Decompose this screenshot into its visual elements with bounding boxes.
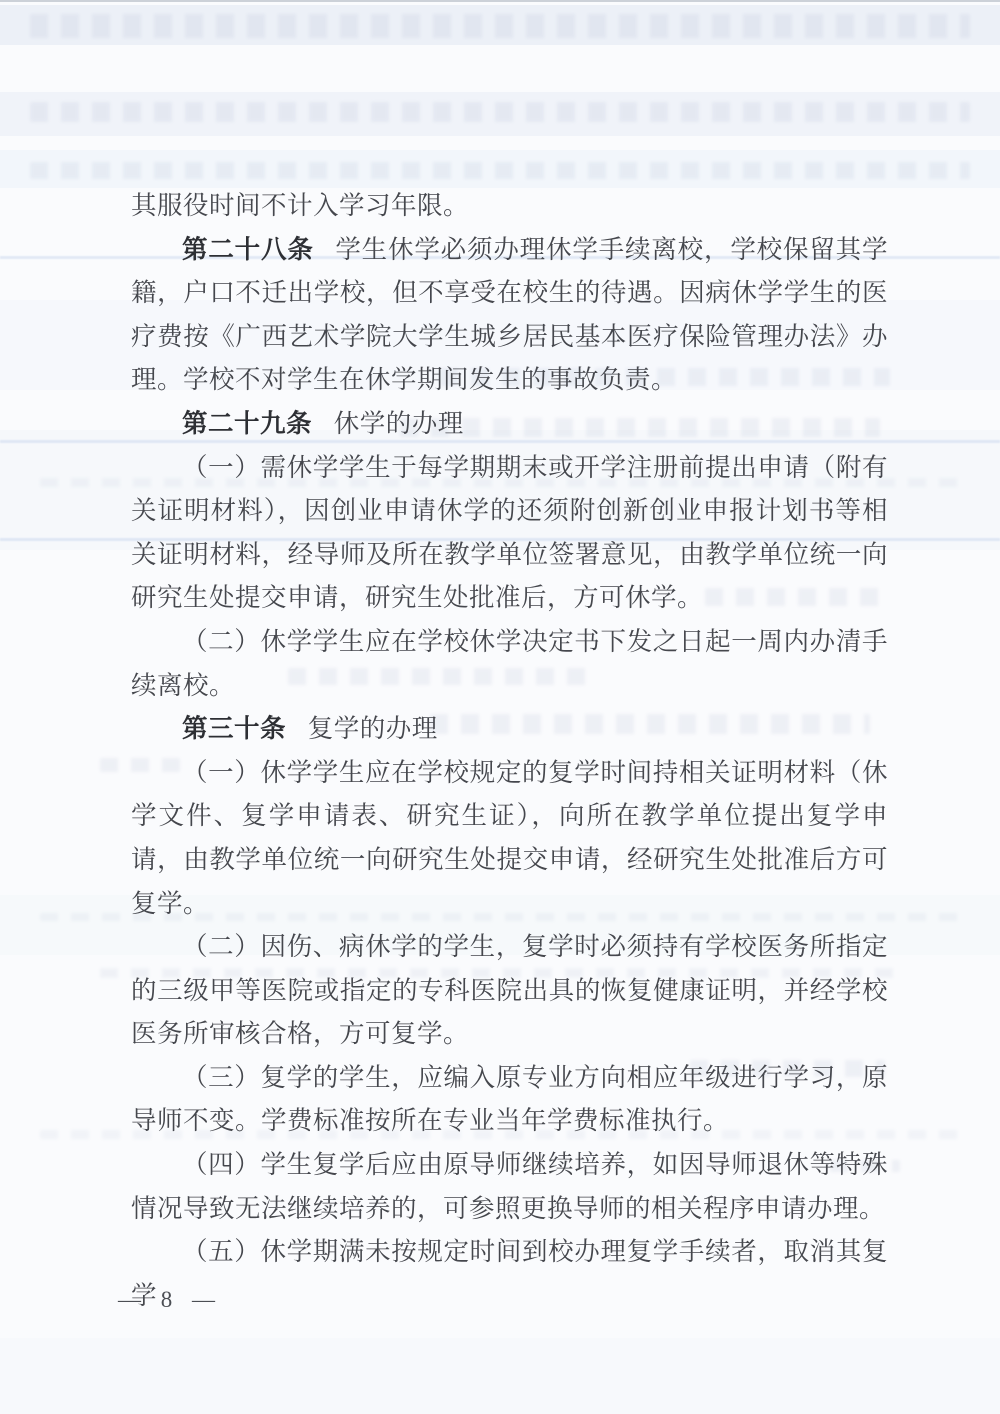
bleed-through-artifact [30, 162, 970, 179]
scan-tint-band [0, 92, 1000, 136]
paragraph-article-30: 第三十条复学的办理 [131, 707, 888, 751]
paragraph-article-29: 第二十九条休学的办理 [131, 402, 888, 446]
paragraph-text: 复学的办理 [308, 714, 438, 743]
document-page: 其服役时间不计入学习年限。 第二十八条学生休学必须办理休学手续离校，学校保留其学… [0, 0, 1000, 1414]
paragraph-text: （五）休学期满未按规定时间到校办理复学手续者，取消其复学 [131, 1237, 888, 1310]
paragraph-item-3-resume: （三）复学的学生，应编入原专业方向相应年级进行学习，原导师不变。学费标准按所在专… [131, 1056, 888, 1143]
scan-tint-band [0, 1338, 1000, 1414]
scan-tint-band [0, 150, 1000, 188]
paragraph-text: （二）因伤、病休学的学生，复学时必须持有学校医务所指定的三级甲等医院或指定的专科… [131, 932, 888, 1048]
paragraph-text: （四）学生复学后应由原导师继续培养，如因导师退休等特殊情况导致无法继续培养的，可… [131, 1150, 888, 1223]
paragraph-text: （一）需休学学生于每学期期末或开学注册前提出申请（附有关证明材料），因创业申请休… [131, 453, 888, 613]
article-number: 第二十八条 [182, 235, 314, 264]
paragraph-text: （三）复学的学生，应编入原专业方向相应年级进行学习，原导师不变。学费标准按所在专… [131, 1063, 888, 1136]
paragraph-text: （一）休学学生应在学校规定的复学时间持相关证明材料（休学文件、复学申请表、研究生… [131, 758, 888, 918]
bleed-through-artifact [30, 14, 970, 38]
paragraph-item-1: （一）需休学学生于每学期期末或开学注册前提出申请（附有关证明材料），因创业申请休… [131, 446, 888, 620]
article-number: 第二十九条 [182, 409, 312, 438]
paragraph-item-1-resume: （一）休学学生应在学校规定的复学时间持相关证明材料（休学文件、复学申请表、研究生… [131, 751, 888, 925]
article-number: 第三十条 [182, 714, 286, 743]
scan-top-edge-line [0, 0, 1000, 2]
paragraph: 其服役时间不计入学习年限。 [131, 184, 888, 228]
paragraph-text: 休学的办理 [334, 409, 464, 438]
bleed-through-artifact [30, 102, 970, 122]
paragraph-article-28: 第二十八条学生休学必须办理休学手续离校，学校保留其学籍，户口不迁出学校，但不享受… [131, 228, 888, 402]
paragraph-item-2-resume: （二）因伤、病休学的学生，复学时必须持有学校医务所指定的三级甲等医院或指定的专科… [131, 925, 888, 1056]
paragraph-text: （二）休学学生应在学校休学决定书下发之日起一周内办清手续离校。 [131, 627, 888, 700]
paragraph-item-5-resume: （五）休学期满未按规定时间到校办理复学手续者，取消其复学 [131, 1230, 888, 1317]
page-number: — 8 — [118, 1287, 222, 1313]
paragraph-item-2: （二）休学学生应在学校休学决定书下发之日起一周内办清手续离校。 [131, 620, 888, 707]
paragraph-item-4-resume: （四）学生复学后应由原导师继续培养，如因导师退休等特殊情况导致无法继续培养的，可… [131, 1143, 888, 1230]
document-text-block: 其服役时间不计入学习年限。 第二十八条学生休学必须办理休学手续离校，学校保留其学… [131, 184, 888, 1317]
scan-tint-band [0, 5, 1000, 45]
paragraph-text: 其服役时间不计入学习年限。 [131, 191, 469, 220]
